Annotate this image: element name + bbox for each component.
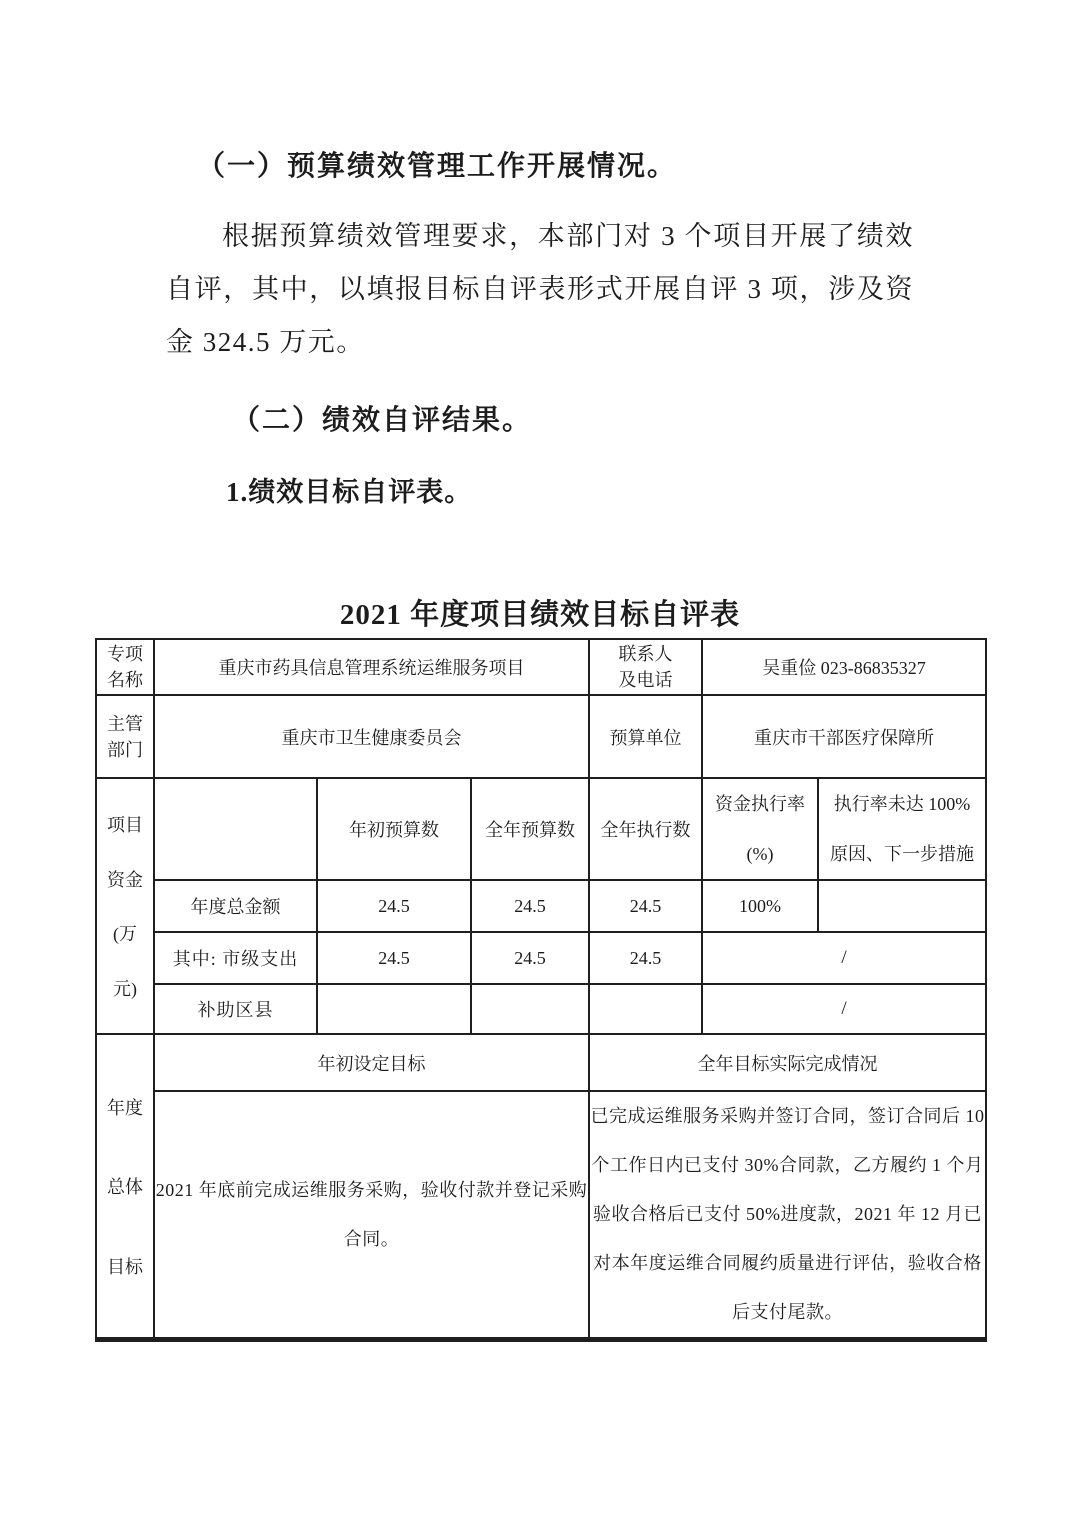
city-expense-full-cell: 24.5 xyxy=(471,932,589,984)
funds-row-label-cell: 项目 资金 (万 元) xyxy=(96,778,154,1034)
table-row: 主管 部门 重庆市卫生健康委员会 预算单位 重庆市干部医疗保障所 xyxy=(96,695,986,778)
funds-label-line1: 项目 xyxy=(107,811,143,837)
col-header-reason: 执行率未达 100% 原因、下一步措施 xyxy=(818,778,986,880)
contact-label-line1: 联系人 xyxy=(590,641,701,667)
project-name-label-cell: 专项 名称 xyxy=(96,639,154,695)
project-name-value-cell: 重庆市药具信息管理系统运维服务项目 xyxy=(154,639,589,695)
annual-goal-label-line2: 总体 xyxy=(107,1173,143,1199)
table-row: 年度总金额 24.5 24.5 24.5 100% xyxy=(96,880,986,932)
annual-goal-label-line1: 年度 xyxy=(107,1094,143,1120)
dept-label-line1: 主管 xyxy=(97,711,153,737)
table-row: 项目 资金 (万 元) 年初预算数 全年预算数 全年执行数 资金执行率 (%) … xyxy=(96,778,986,880)
section-2-subheading: 1.绩效目标自评表。 xyxy=(226,470,472,509)
funds-label-line3: (万 xyxy=(113,920,137,946)
col-header-executed: 全年执行数 xyxy=(589,778,702,880)
annual-total-begin-cell: 24.5 xyxy=(317,880,471,932)
annual-total-exec-cell: 24.5 xyxy=(589,880,702,932)
table-row: 年度 总体 目标 年初设定目标 全年目标实际完成情况 xyxy=(96,1034,986,1091)
contact-label-line2: 及电话 xyxy=(590,667,701,693)
dept-value-cell: 重庆市卫生健康委员会 xyxy=(154,695,589,778)
dept-label-cell: 主管 部门 xyxy=(96,695,154,778)
section-1-paragraph: 根据预算绩效管理要求，本部门对 3 个项目开展了绩效自评，其中，以填报目标自评表… xyxy=(166,210,914,369)
project-name-label-line1: 专项 xyxy=(97,641,153,667)
contact-value-cell: 吴重俭 023-86835327 xyxy=(702,639,986,695)
table-row: 2021 年底前完成运维服务采购，验收付款并登记采购合同。 已完成运维服务采购并… xyxy=(96,1091,986,1340)
city-expense-exec-cell: 24.5 xyxy=(589,932,702,984)
annual-total-full-cell: 24.5 xyxy=(471,880,589,932)
funds-label-line2: 资金 xyxy=(107,866,143,892)
county-subsidy-slash-cell: / xyxy=(702,984,986,1034)
city-expense-label-cell: 其中: 市级支出 xyxy=(154,932,317,984)
table-row: 其中: 市级支出 24.5 24.5 24.5 / xyxy=(96,932,986,984)
table-title: 2021 年度项目绩效目标自评表 xyxy=(95,592,985,633)
city-expense-begin-cell: 24.5 xyxy=(317,932,471,984)
county-subsidy-begin-cell xyxy=(317,984,471,1034)
annual-goal-label-line3: 目标 xyxy=(107,1253,143,1279)
goal-actual-header-cell: 全年目标实际完成情况 xyxy=(589,1034,986,1091)
funds-label-line4: 元) xyxy=(113,975,137,1001)
exec-rate-header-line1: 资金执行率 xyxy=(703,779,817,829)
annual-goal-row-label-cell: 年度 总体 目标 xyxy=(96,1034,154,1340)
annual-total-reason-cell xyxy=(818,880,986,932)
county-subsidy-label-cell: 补助区县 xyxy=(154,984,317,1034)
table-row: 专项 名称 重庆市药具信息管理系统运维服务项目 联系人 及电话 吴重俭 023-… xyxy=(96,639,986,695)
city-expense-slash-cell: / xyxy=(702,932,986,984)
budget-unit-label-cell: 预算单位 xyxy=(589,695,702,778)
col-header-begin-budget: 年初预算数 xyxy=(317,778,471,880)
reason-header-line1: 执行率未达 100% xyxy=(819,779,985,829)
exec-rate-header-line2: (%) xyxy=(703,829,817,879)
goal-set-header-cell: 年初设定目标 xyxy=(154,1034,589,1091)
self-evaluation-table: 专项 名称 重庆市药具信息管理系统运维服务项目 联系人 及电话 吴重俭 023-… xyxy=(95,638,987,1342)
annual-total-label-cell: 年度总金额 xyxy=(154,880,317,932)
table-row: 补助区县 / xyxy=(96,984,986,1034)
goal-actual-text-cell: 已完成运维服务采购并签订合同，签订合同后 10 个工作日内已支付 30%合同款，… xyxy=(589,1091,986,1340)
project-name-label-line2: 名称 xyxy=(97,667,153,693)
budget-unit-value-cell: 重庆市干部医疗保障所 xyxy=(702,695,986,778)
section-2-heading: （二）绩效自评结果。 xyxy=(232,398,532,438)
funds-empty-header-cell xyxy=(154,778,317,880)
document-page: （一）预算绩效管理工作开展情况。 根据预算绩效管理要求，本部门对 3 个项目开展… xyxy=(0,0,1074,1520)
col-header-full-budget: 全年预算数 xyxy=(471,778,589,880)
county-subsidy-full-cell xyxy=(471,984,589,1034)
annual-total-rate-cell: 100% xyxy=(702,880,818,932)
section-1-heading: （一）预算绩效管理工作开展情况。 xyxy=(197,144,677,184)
county-subsidy-exec-cell xyxy=(589,984,702,1034)
reason-header-line2: 原因、下一步措施 xyxy=(819,829,985,879)
contact-label-cell: 联系人 及电话 xyxy=(589,639,702,695)
col-header-exec-rate: 资金执行率 (%) xyxy=(702,778,818,880)
goal-set-text-cell: 2021 年底前完成运维服务采购，验收付款并登记采购合同。 xyxy=(154,1091,589,1340)
dept-label-line2: 部门 xyxy=(97,737,153,763)
